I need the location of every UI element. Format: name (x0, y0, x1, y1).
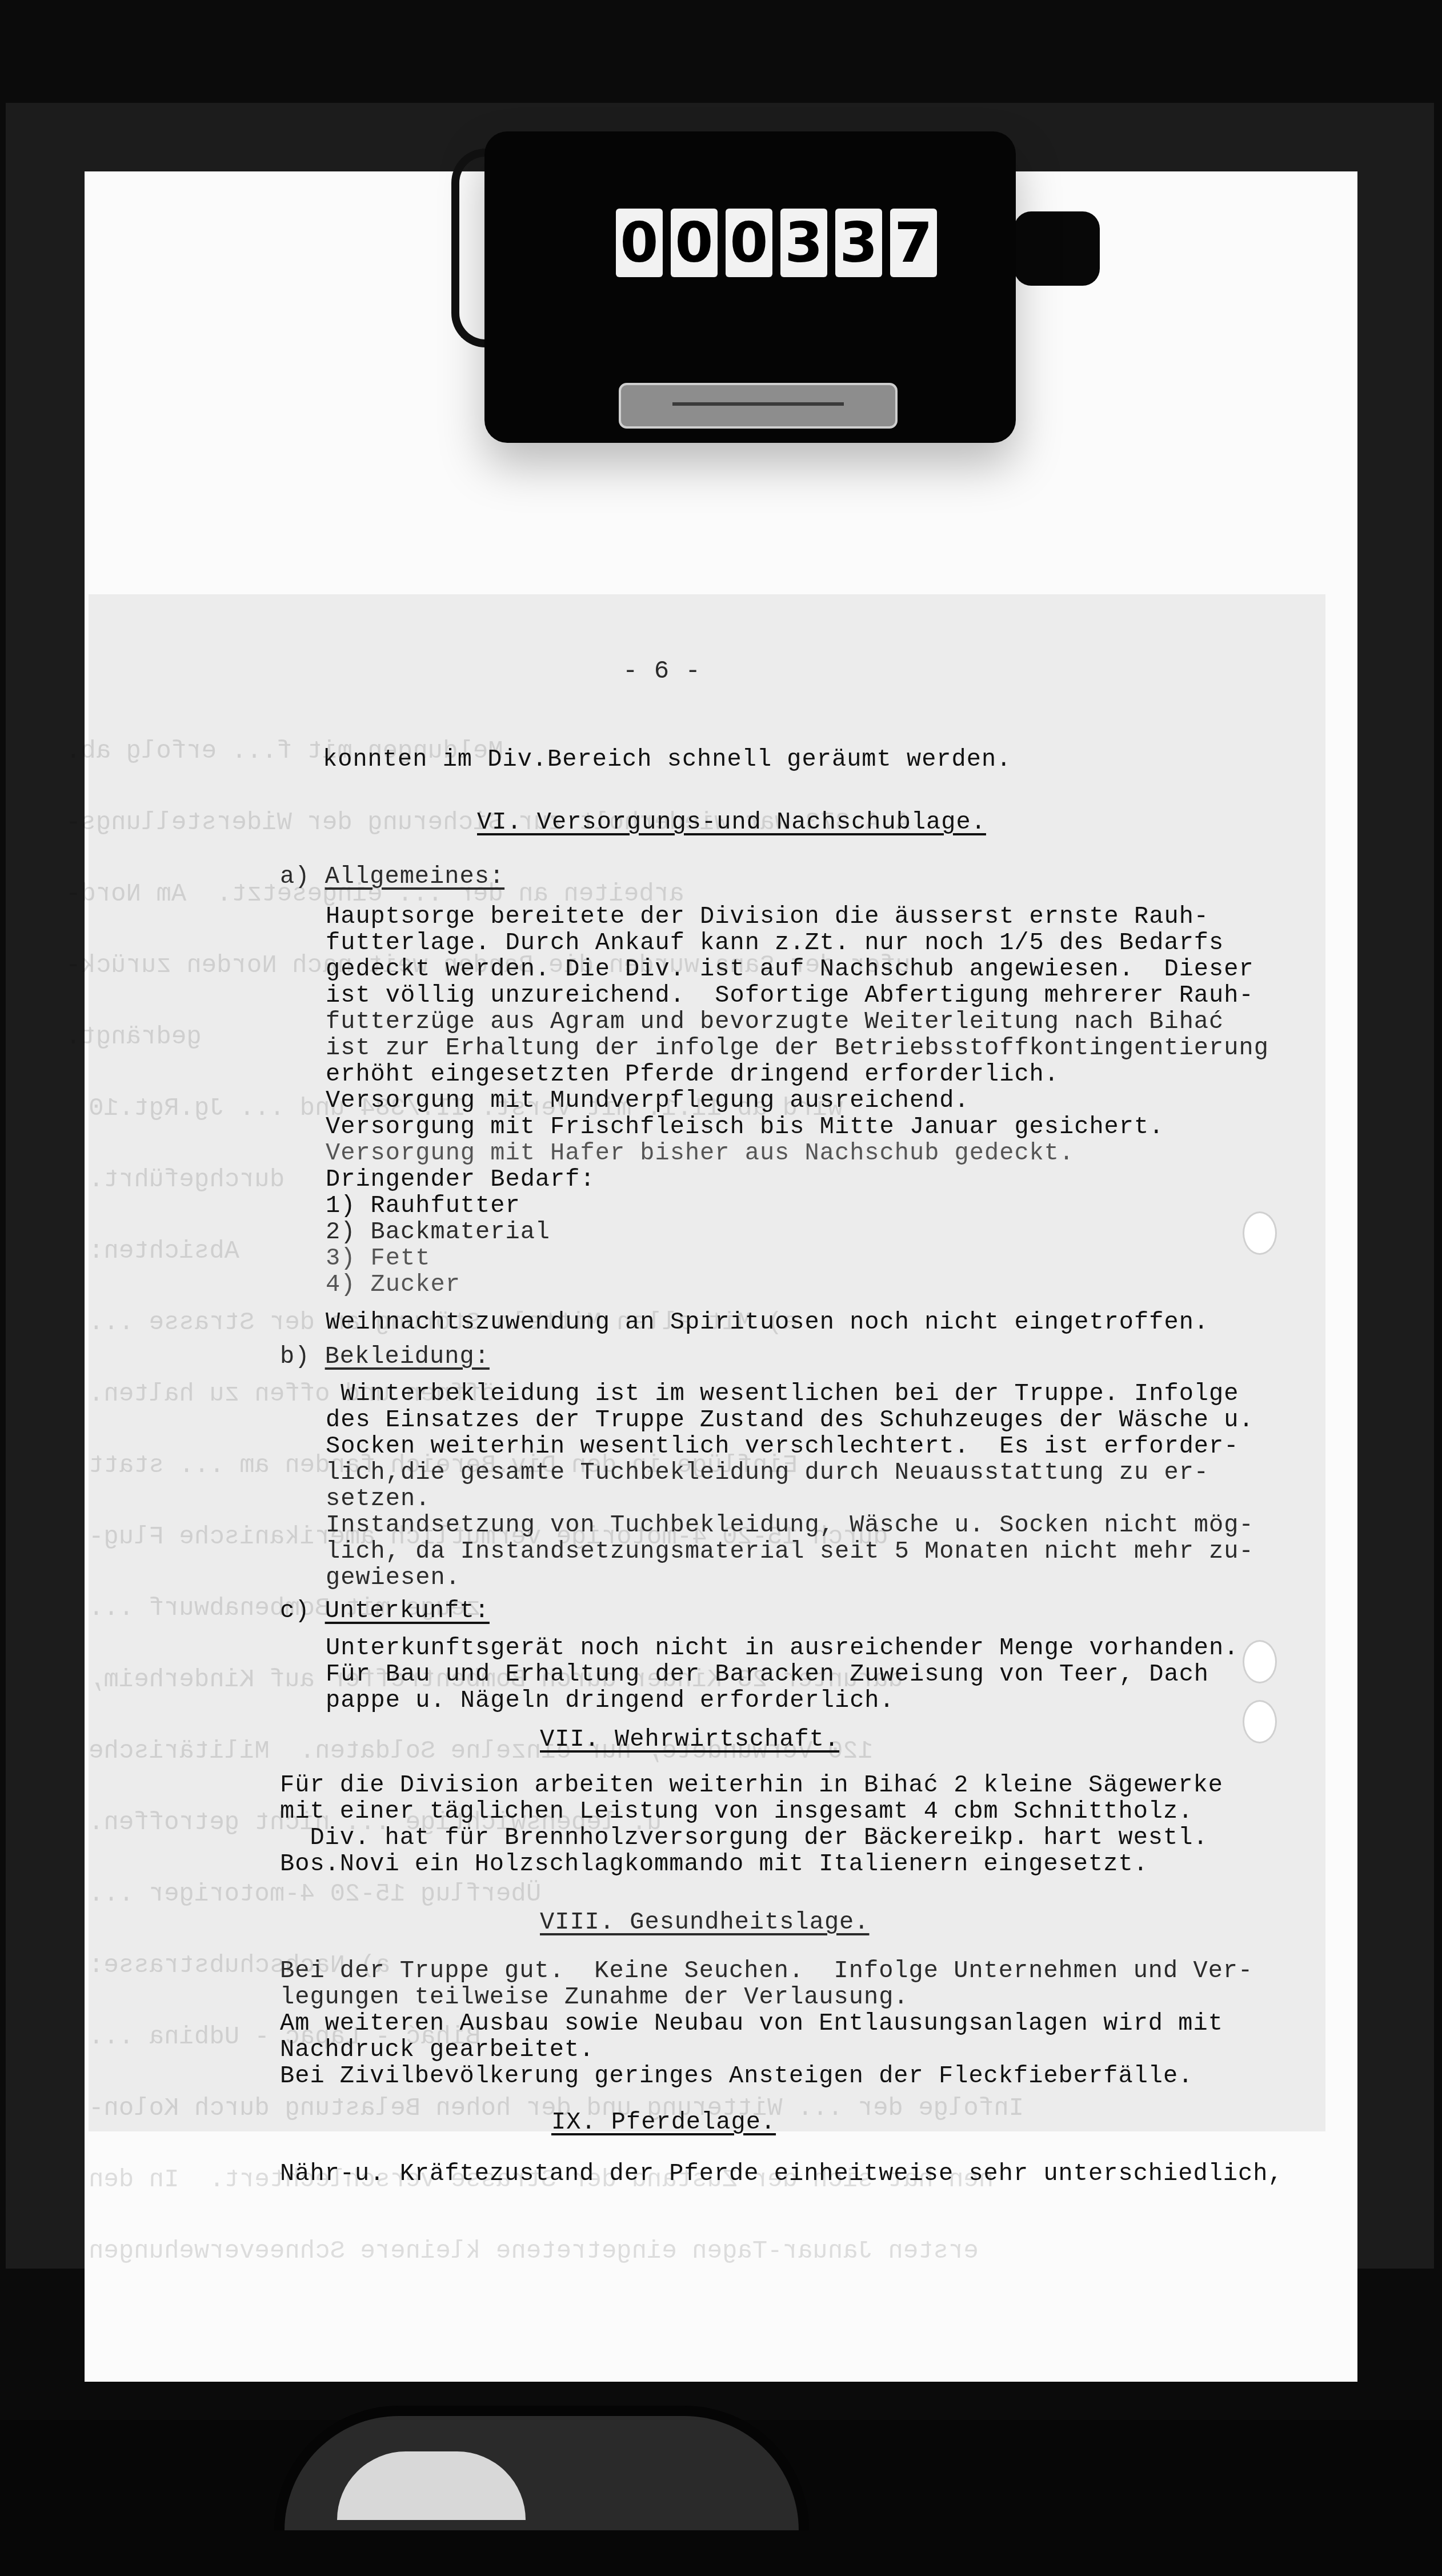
page-number: - 6 - (623, 657, 701, 686)
punch-hole (1243, 1640, 1277, 1683)
ghost-line: Absichten: (89, 1237, 239, 1266)
section-heading-vii: VII. Wehrwirtschaft. (540, 1726, 839, 1753)
text-line: gewiesen. (326, 1564, 460, 1591)
section-c: c) Unterkunft: (280, 1597, 490, 1625)
text-line: gedeckt werden. Die Div. ist auf Nachsch… (326, 955, 1254, 983)
frame-counter: 0 0 0 3 3 7 (484, 131, 1016, 443)
need-item: 2) Backmaterial (326, 1218, 550, 1246)
text-line: Unterkunftsgerät noch nicht in ausreiche… (326, 1634, 1239, 1662)
text-line: Instandsetzung von Tuchbekleidung, Wäsch… (326, 1511, 1254, 1539)
ghost-line: Überflug 15-20 4-motoriger ... (89, 1880, 541, 1909)
text-line: Hauptsorge bereitete der Division die äu… (326, 903, 1209, 930)
section-heading-ix: IX. Pferdelage. (551, 2109, 776, 2136)
counter-digit: 0 (616, 209, 663, 277)
text-line: lich, da Instandsetzungsmaterial seit 5 … (326, 1538, 1254, 1565)
text-line: futterlage. Durch Ankauf kann z.Zt. nur … (326, 929, 1224, 957)
typed-document-page: Meldungen mit f... erfolg ab.A.A.373 war… (89, 594, 1325, 2131)
section-label: b) (280, 1343, 325, 1370)
section-title: Unterkunft: (325, 1597, 490, 1625)
ghost-line: ersten Januar-Tagen eingetretene kleiner… (89, 2237, 979, 2266)
section-heading-vi: VI. Versorgungs-und Nachschublage. (477, 809, 986, 836)
text-line: ist völlig unzureichend. Sofortige Abfer… (326, 982, 1254, 1009)
punch-hole (1243, 1211, 1277, 1255)
text-line: Versorgung mit Mundverpflegung ausreiche… (326, 1087, 970, 1114)
counter-digit: 0 (726, 209, 772, 277)
counter-digit: 3 (835, 209, 882, 277)
text-line: setzen. (326, 1485, 430, 1513)
text-line: legungen teilweise Zunahme der Verlausun… (280, 1983, 909, 2011)
text-line: Dringender Bedarf: (326, 1166, 595, 1193)
need-item: 4) Zucker (326, 1271, 460, 1298)
text-line: Bei Zivilbevölkerung geringes Ansteigen … (280, 2062, 1193, 2090)
text-line: Versorgung mit Hafer bisher aus Nachschu… (326, 1139, 1074, 1167)
text-line: Versorgung mit Frischfleisch bis Mitte J… (326, 1113, 1164, 1141)
section-b: b) Bekleidung: (280, 1343, 490, 1370)
text-line: Weihnachtszuwendung an Spirituosen noch … (326, 1309, 1209, 1336)
punch-hole (1243, 1700, 1277, 1743)
text-line: des Einsatzes der Truppe Zustand des Sch… (326, 1406, 1254, 1434)
section-title: Allgemeines: (325, 863, 504, 890)
section-a: a) Allgemeines: (280, 863, 504, 890)
section-title: Bekleidung: (325, 1343, 490, 1370)
section-label: a) (280, 863, 325, 890)
text-line: Nachdruck gearbeitet. (280, 2036, 594, 2063)
counter-knob (1014, 211, 1100, 286)
section-heading-viii: VIII. Gesundheitslage. (540, 1909, 870, 1936)
need-item: 1) Rauhfutter (326, 1192, 520, 1219)
text-line: Bei der Truppe gut. Keine Seuchen. Infol… (280, 1957, 1253, 1985)
counter-digits: 0 0 0 3 3 7 (616, 209, 937, 277)
text-line: erhöht eingesetzten Pferde dringend erfo… (326, 1061, 1059, 1088)
text-line: Bos.Novi ein Holzschlagkommando mit Ital… (280, 1850, 1148, 1878)
text-line: konnten im Div.Bereich schnell geräumt w… (323, 746, 1011, 773)
text-line: Für Bau und Erhaltung der Baracken Zuwei… (326, 1661, 1209, 1688)
text-line: Für die Division arbeiten weiterhin in B… (280, 1771, 1223, 1799)
text-line: mit einer täglichen Leistung von insgesa… (280, 1798, 1193, 1825)
counter-nameplate (619, 383, 898, 429)
counter-digit: 3 (780, 209, 827, 277)
text-line: Winterbekleidung ist im wesentlichen bei… (326, 1380, 1239, 1407)
text-line: Div. hat für Brennholzversorgung der Bäc… (280, 1824, 1208, 1851)
counter-digit: 0 (671, 209, 718, 277)
need-item: 3) Fett (326, 1245, 430, 1272)
text-line: Nähr-u. Kräftezustand der Pferde einheit… (280, 2160, 1283, 2187)
section-label: c) (280, 1597, 325, 1625)
counter-digit: 7 (890, 209, 937, 277)
text-line: Socken weiterhin wesentlich verschlechte… (326, 1433, 1239, 1460)
ghost-line: durchgeführt. (89, 1166, 285, 1194)
text-line: lich,die gesamte Tuchbekleidung durch Ne… (326, 1459, 1209, 1486)
text-line: futterzüge aus Agram und bevorzugte Weit… (326, 1008, 1224, 1035)
text-line: ist zur Erhaltung der infolge der Betrie… (326, 1034, 1269, 1062)
ghost-line: gedrängt. (66, 1023, 202, 1051)
text-line: Am weiteren Ausbau sowie Neubau von Entl… (280, 2010, 1223, 2037)
text-line: pappe u. Nägeln dringend erforderlich. (326, 1687, 895, 1714)
